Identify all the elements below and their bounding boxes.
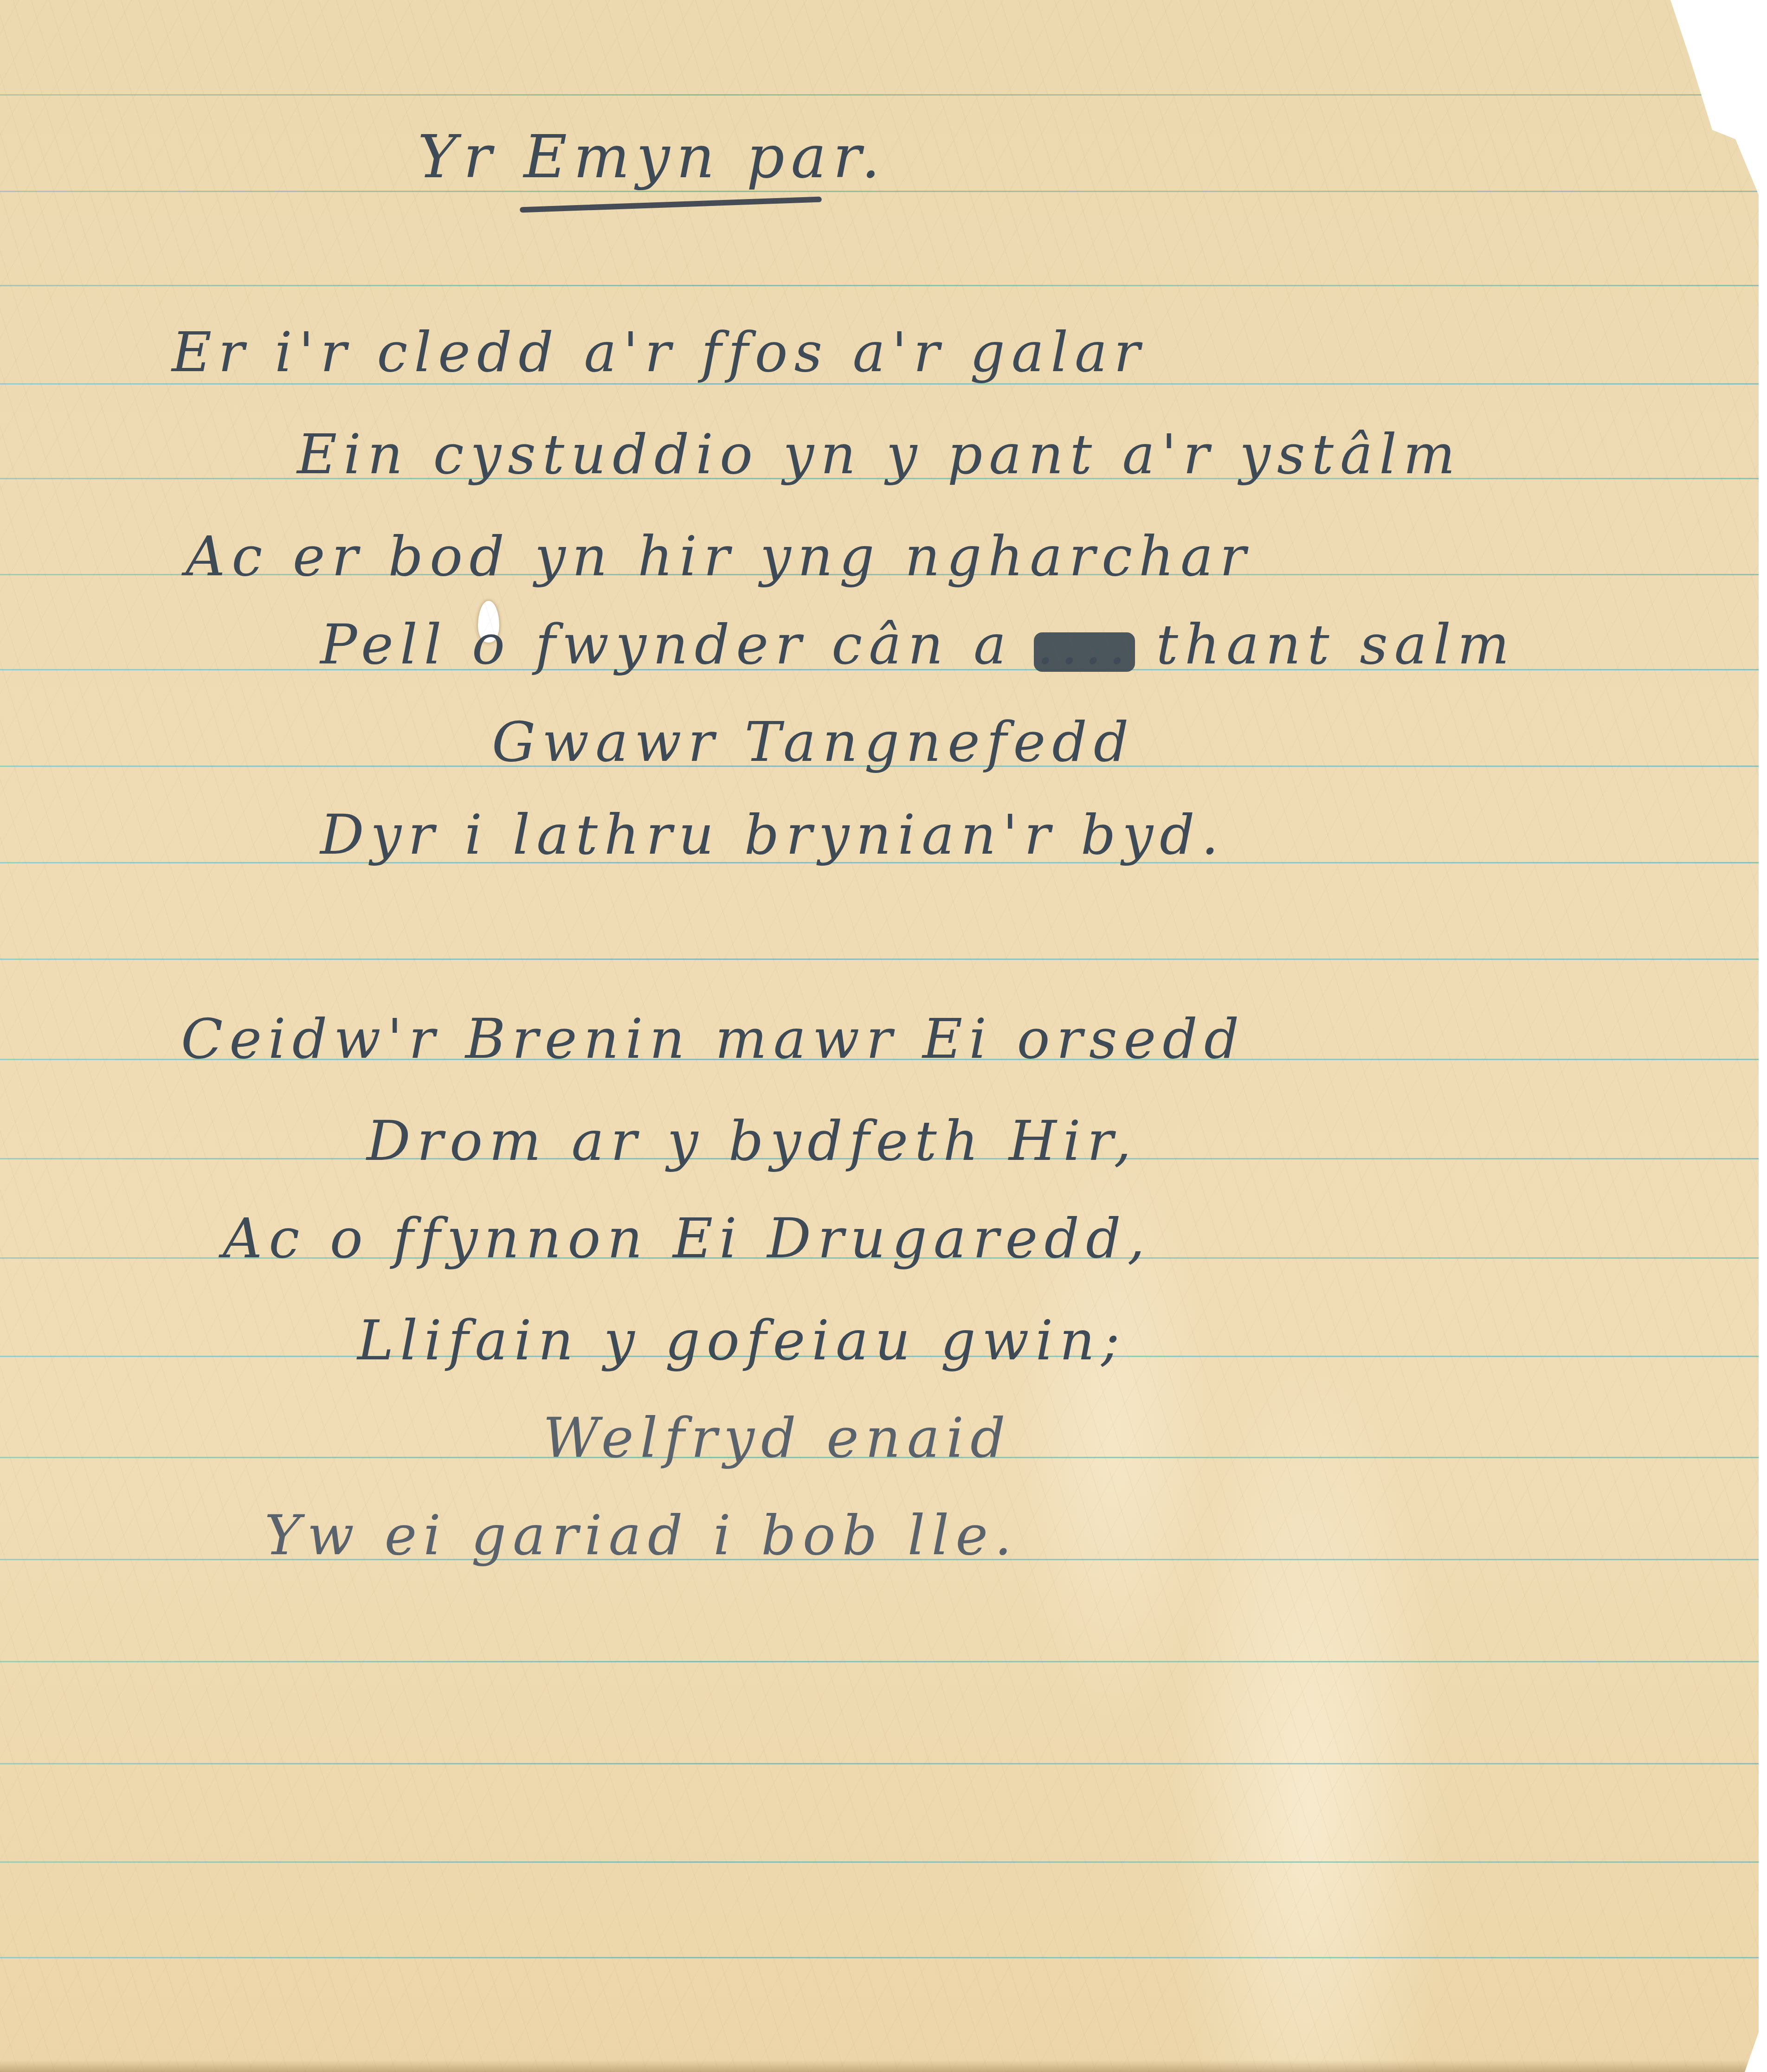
ruled-line	[0, 285, 1759, 286]
ruled-line	[0, 959, 1759, 960]
ruled-line	[0, 1661, 1759, 1662]
title-text: Yr Emyn par.	[418, 122, 887, 192]
verse-line: Ceidw'r Brenin mawr Ei orsedd	[181, 1011, 1245, 1066]
verse-line: Ein cystuddio yn y pant a'r ystâlm	[297, 427, 1462, 482]
verse-line: Pell o fwynder cân a .... thant salm	[320, 617, 1516, 672]
ruled-line	[0, 1861, 1759, 1863]
verse-line: Drom ar y bydfeth Hir,	[367, 1113, 1138, 1168]
ruled-line	[0, 94, 1759, 96]
verse-line: Llifain y gofeiau gwin;	[357, 1313, 1126, 1368]
verse-line: Gwawr Tangnefedd	[492, 714, 1135, 769]
verse-text: thant salm	[1156, 612, 1515, 676]
page-title: Yr Emyn par.	[418, 128, 887, 187]
ruled-line	[0, 1957, 1759, 1958]
ruled-line	[0, 1763, 1759, 1764]
verse-line: Ac o ffynnon Ei Drugaredd,	[223, 1211, 1151, 1266]
verse-line: Dyr i lathru brynian'r byd.	[320, 807, 1225, 862]
verse-line: Er i'r cledd a'r ffos a'r galar	[172, 325, 1147, 380]
verse-line: Ac er bod yn hir yng ngharchar	[186, 529, 1252, 584]
title-underline	[520, 197, 822, 213]
verse-text: Pell o fwynder cân a	[320, 612, 1012, 676]
verse-line: Welfryd enaid	[543, 1410, 1012, 1465]
manuscript-page: Yr Emyn par. Er i'r cledd a'r ffos a'r g…	[0, 0, 1767, 2072]
verse-line: Yw ei gariad i bob lle.	[264, 1508, 1019, 1563]
paper-edge-stain	[0, 2060, 1758, 2072]
struck-out-word: ....	[1037, 617, 1132, 672]
